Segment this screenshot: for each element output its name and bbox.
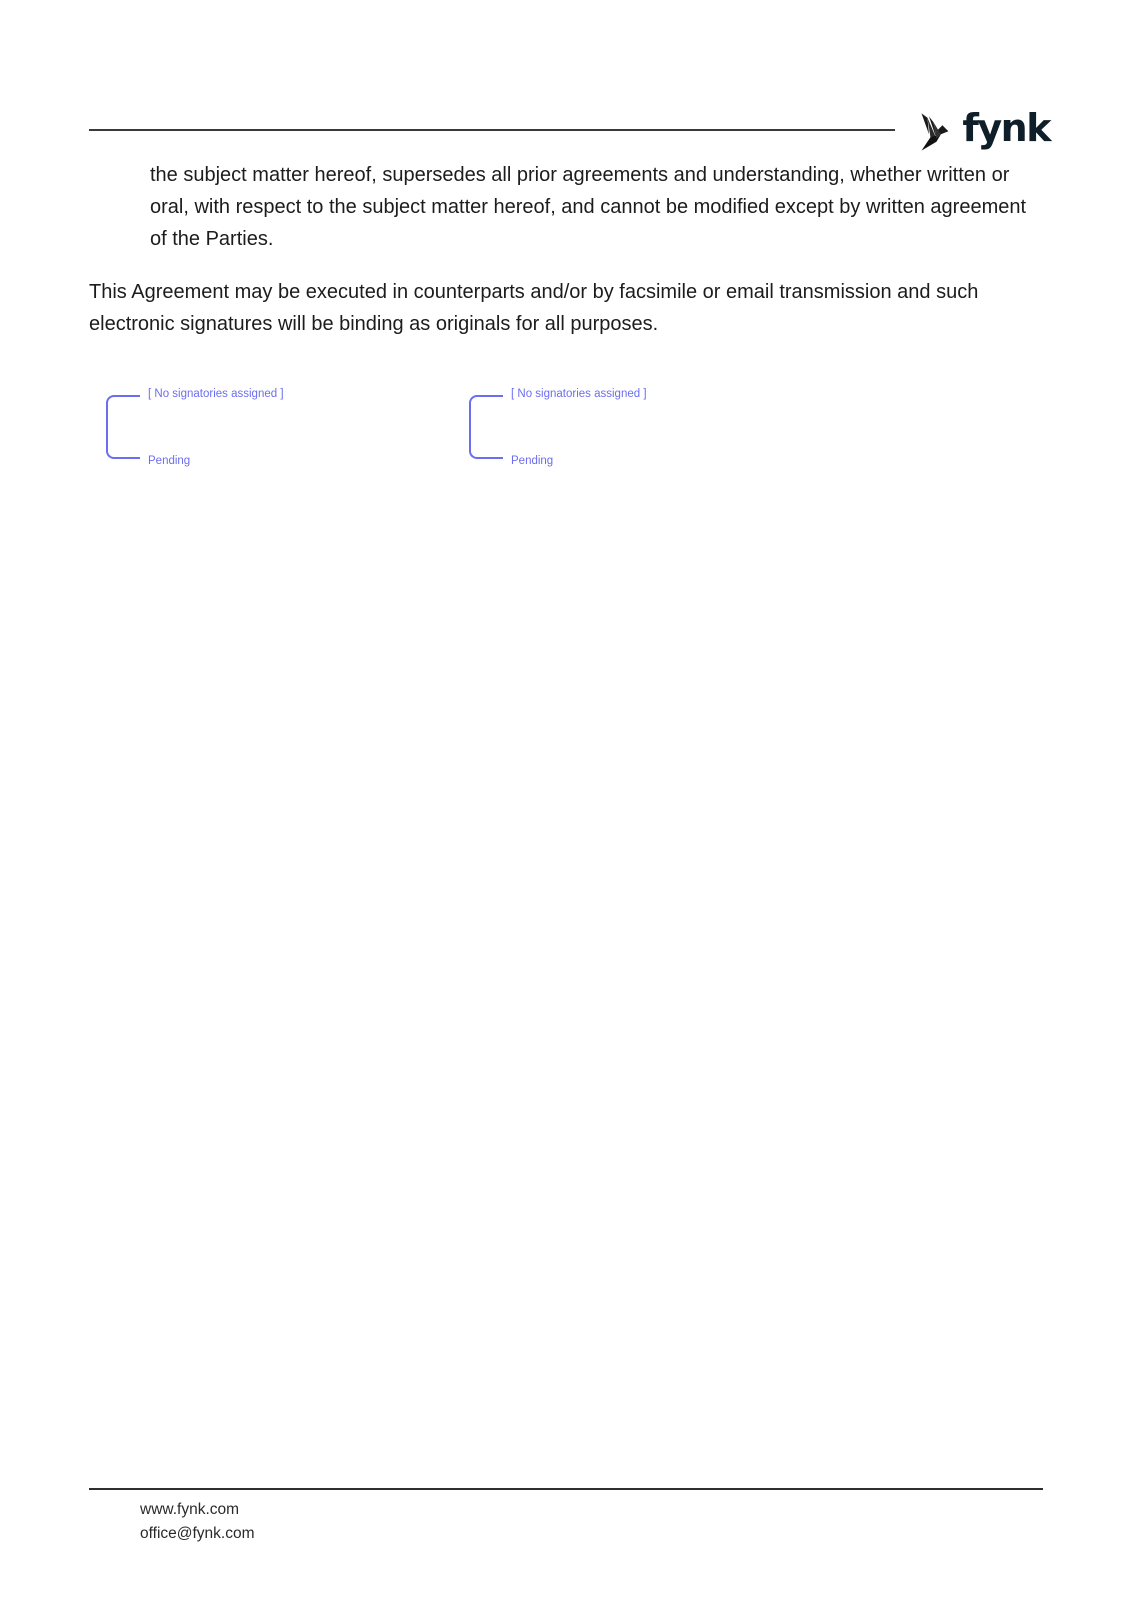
signature-bracket	[106, 395, 140, 459]
signature-bracket	[469, 395, 503, 459]
footer-email-link[interactable]: office@fynk.com	[140, 1525, 255, 1543]
counterparts-clause-text: This Agreement may be executed in counte…	[89, 276, 1029, 340]
clause-continuation-text: the subject matter hereof, supersedes al…	[150, 159, 1030, 255]
signature-field-2[interactable]: [ No signatories assigned ] Pending	[469, 394, 729, 466]
signatory-name: [ No signatories assigned ]	[511, 388, 647, 400]
signatory-name: [ No signatories assigned ]	[148, 388, 284, 400]
footer-divider	[89, 1488, 1043, 1490]
brand-logo: fynk	[920, 104, 1050, 160]
signature-field-1[interactable]: [ No signatories assigned ] Pending	[106, 394, 366, 466]
signature-status: Pending	[148, 455, 190, 467]
logo-wordmark: fynk	[962, 106, 1050, 150]
header-divider	[89, 129, 895, 131]
signature-status: Pending	[511, 455, 553, 467]
footer-website-link[interactable]: www.fynk.com	[140, 1501, 239, 1519]
origami-bird-icon	[920, 105, 954, 159]
